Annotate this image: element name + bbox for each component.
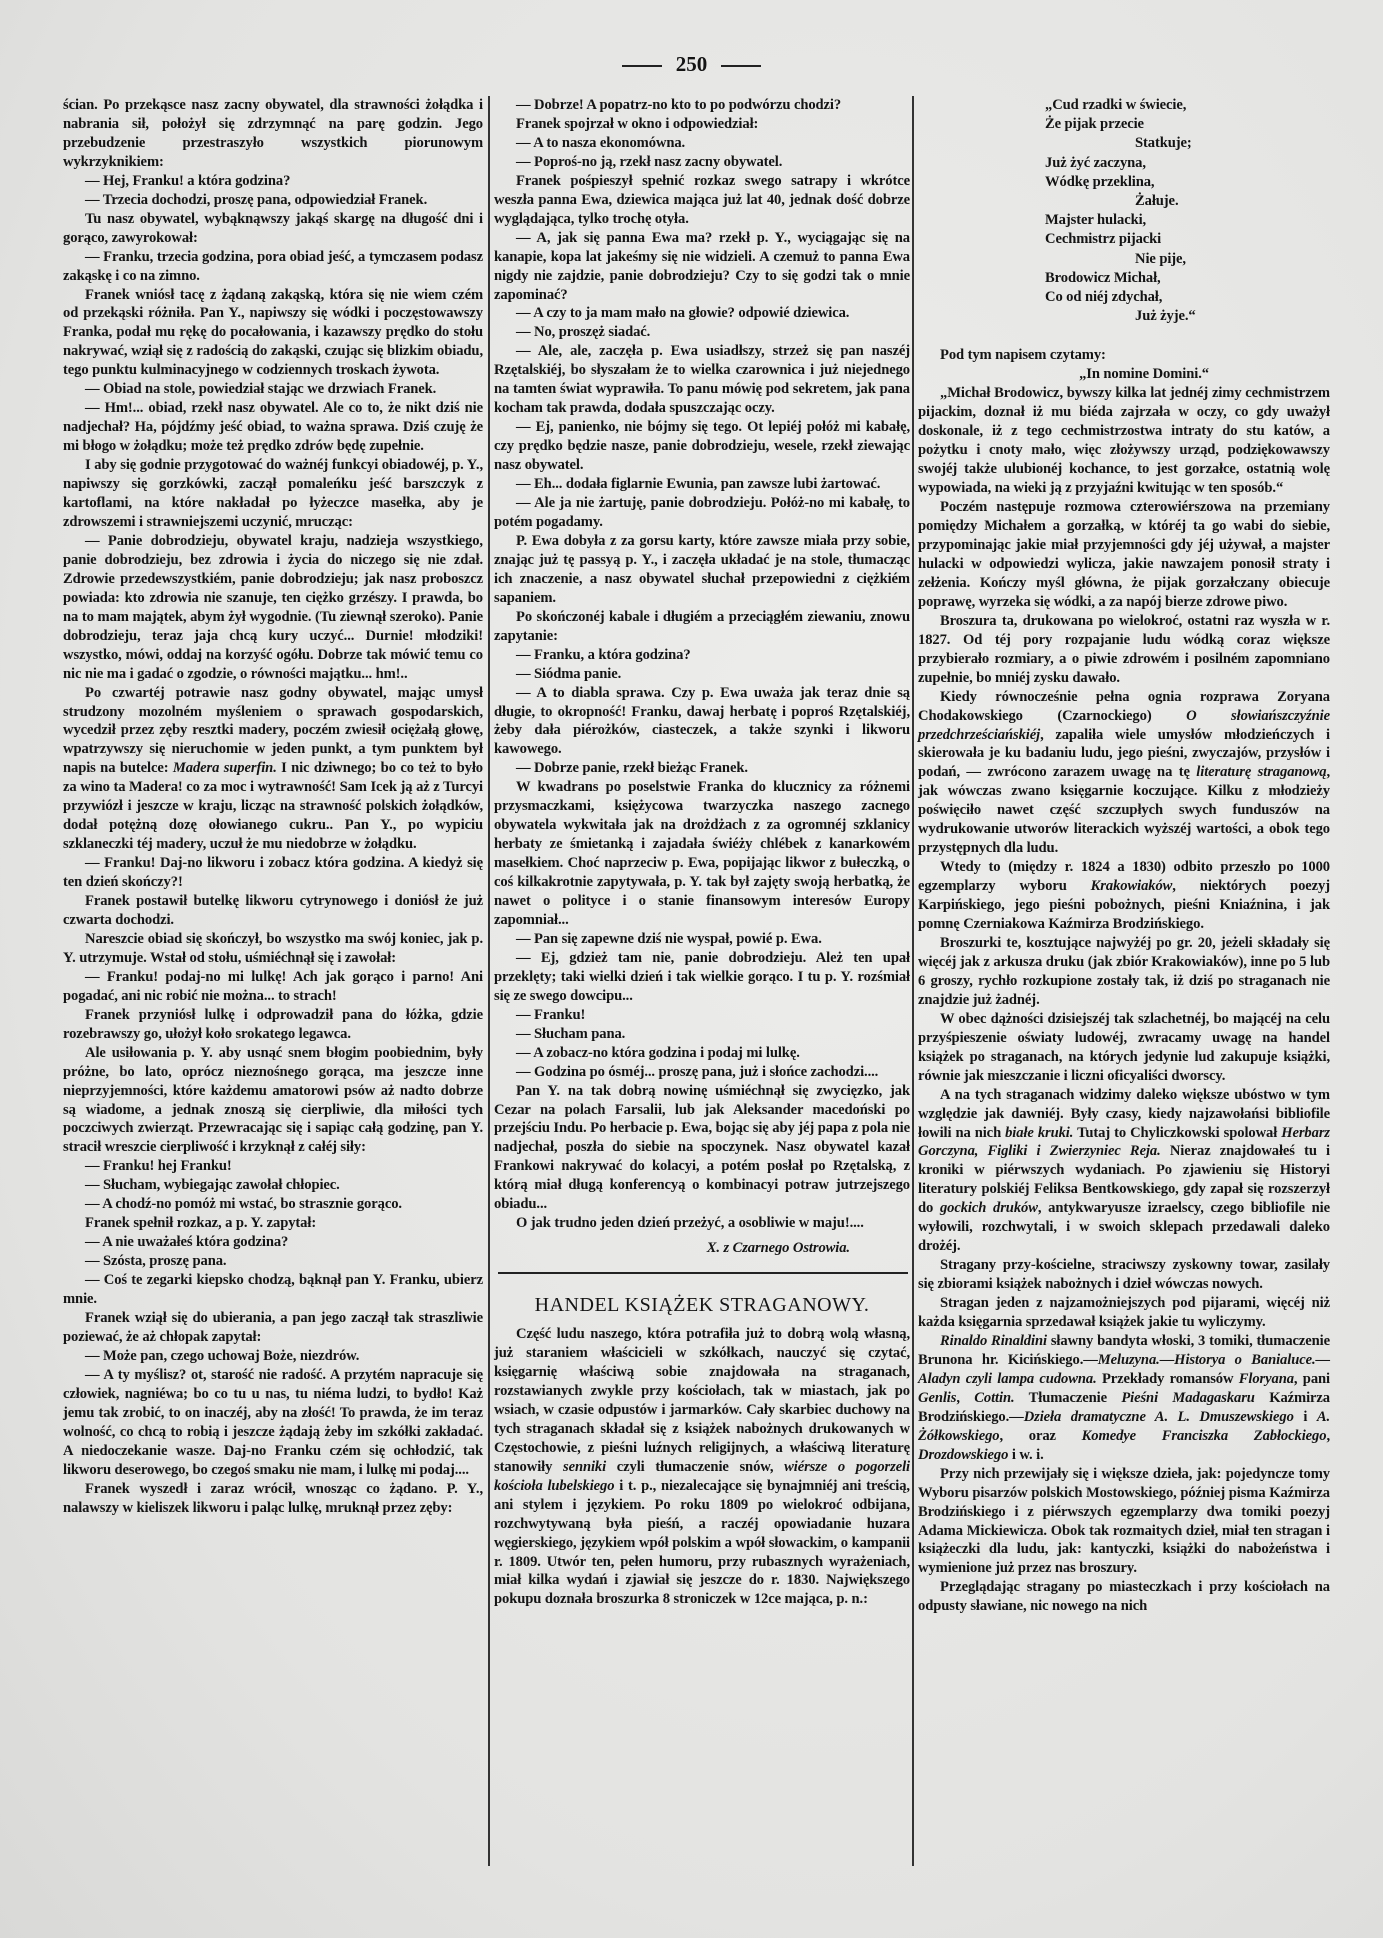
paragraph: Pan Y. na tak dobrą nowinę uśmiéchnął si… (494, 1082, 910, 1215)
paragraph: Ale usiłowania p. Y. aby usnąć snem błog… (63, 1044, 483, 1158)
paragraph: Stragan jeden z najzamożniejszych pod pi… (918, 1294, 1330, 1332)
paragraph: Tu nasz obywatel, wybąknąwszy jakąś skar… (63, 210, 483, 248)
column-divider-1 (488, 96, 490, 1866)
dialogue-line: — Ej, panienko, nie bójmy się tego. Ot l… (494, 418, 910, 475)
paragraph: Broszurki te, kosztujące najwyżéj po gr.… (918, 934, 1330, 1010)
dialogue-line: — Dobrze panie, rzekł bieżąc Franek. (494, 759, 910, 778)
paragraph: Franek wyszedł i zaraz wrócił, wnosząc c… (63, 1480, 483, 1518)
author-signature: X. z Czarnego Ostrowia. (494, 1239, 910, 1258)
poem-quote: „Cud rzadki w świecie,Że pijak przecieSt… (1045, 96, 1330, 326)
paragraph: P. Ewa dobyła z za gorsu karty, które za… (494, 532, 910, 608)
dialogue-line: — A zobacz-no która godzina i podaj mi l… (494, 1044, 910, 1063)
dialogue-line: — No, proszęż siadać. (494, 323, 910, 342)
page-number: 250 (0, 52, 1383, 77)
dialogue-line: — Panie dobrodzieju, obywatel kraju, nad… (63, 532, 483, 684)
paragraph: Po skończonéj kabale i długiém a przecią… (494, 608, 910, 646)
dialogue-line: — Franku, a która godzina? (494, 646, 910, 665)
dialogue-line: — Siódma panie. (494, 665, 910, 684)
poem-line: „Cud rzadki w świecie, (1045, 96, 1330, 115)
poem-line: Już żyć zaczyna, (1045, 154, 1330, 173)
paragraph: I aby się godnie przygotować do ważnéj f… (63, 456, 483, 532)
paragraph: Kiedy równocześnie pełna ognia rozprawa … (918, 688, 1330, 859)
dialogue-line: — Słucham pana. (494, 1025, 910, 1044)
poem-line: Wódkę przeklina, (1045, 173, 1330, 192)
dialogue-line: — Pan się zapewne dziś nie wyspał, powié… (494, 930, 910, 949)
paragraph: Franek wziął się do ubierania, a pan jeg… (63, 1309, 483, 1347)
dialogue-line: — Franku, trzecia godzina, pora obiad je… (63, 248, 483, 286)
story-continuation: ścian. Po przekąsce nasz zacny obywatel,… (63, 96, 483, 1517)
poem-line: Żałuje. (1045, 192, 1330, 211)
dialogue-line: — A to diabla sprawa. Czy p. Ewa uważa j… (494, 684, 910, 760)
dialogue-line: — Dobrze! A popatrz-no kto to po podwórz… (494, 96, 910, 115)
paragraph: Franek spełnił rozkaz, a p. Y. zapytał: (63, 1214, 483, 1233)
newspaper-page: 250 ścian. Po przekąsce nasz zacny obywa… (0, 0, 1383, 1938)
dialogue-line: — Hm!... obiad, rzekł nasz obywatel. Ale… (63, 399, 483, 456)
paragraph: Franek wniósł tacę z żądaną zakąską, któ… (63, 286, 483, 381)
dialogue-line: — Godzina po ósméj... proszę pana, już i… (494, 1063, 910, 1082)
dialogue-line: — Franku! podaj-no mi lulkę! Ach jak gor… (63, 968, 483, 1006)
in-nomine-line: „In nomine Domini.“ (918, 365, 1330, 384)
dialogue-line: — Franku! (494, 1006, 910, 1025)
paragraph: Część ludu naszego, która potrafiła już … (494, 1325, 910, 1609)
column-divider-2 (912, 96, 914, 1866)
paragraph: Przeglądając stragany po miasteczkach i … (918, 1578, 1330, 1616)
paragraph: O jak trudno jeden dzień przeżyć, a osob… (494, 1214, 910, 1233)
dialogue-line: — A, jak się panna Ewa ma? rzekł p. Y., … (494, 229, 910, 305)
paragraph: „Michał Brodowicz, bywszy kilka lat jedn… (918, 384, 1330, 498)
paragraph: Rinaldo Rinaldini sławny bandyta włoski,… (918, 1332, 1330, 1465)
article-continuation: „Michał Brodowicz, bywszy kilka lat jedn… (918, 384, 1330, 1616)
dialogue-line: — Ej, gdzież tam nie, panie dobrodzieju.… (494, 949, 910, 1006)
story-ending: — Dobrze! A popatrz-no kto to po podwórz… (494, 96, 910, 1233)
paragraph: Poczém następuje rozmowa czterowiérszowa… (918, 498, 1330, 612)
paragraph: Franek pośpieszył spełnić rozkaz swego s… (494, 172, 910, 229)
dialogue-line: — A czy to ja mam mało na głowie? odpowi… (494, 304, 910, 323)
article-body: Część ludu naszego, która potrafiła już … (494, 1325, 910, 1609)
paragraph: Po czwartéj potrawie nasz godny obywatel… (63, 684, 483, 855)
poem-line: Brodowicz Michał, (1045, 269, 1330, 288)
column-left: ścian. Po przekąsce nasz zacny obywatel,… (63, 96, 483, 1517)
section-rule (498, 1272, 908, 1274)
dialogue-line: — A nie uważałeś która godzina? (63, 1233, 483, 1252)
paragraph: Wtedy to (między r. 1824 a 1830) odbito … (918, 858, 1330, 934)
poem-line: Statkuje; (1045, 134, 1330, 153)
dash-right (721, 65, 761, 67)
poem-line: Że pijak przecie (1045, 115, 1330, 134)
paragraph: ścian. Po przekąsce nasz zacny obywatel,… (63, 96, 483, 172)
column-right: „Cud rzadki w świecie,Że pijak przecieSt… (918, 96, 1330, 1616)
paragraph: A na tych straganach widzimy daleko więk… (918, 1086, 1330, 1257)
dash-left (622, 65, 662, 67)
paragraph: Przy nich przewijały się i większe dzieł… (918, 1465, 1330, 1579)
paragraph: W kwadrans po poselstwie Franka do klucz… (494, 778, 910, 930)
dialogue-line: — Ale ja nie żartuję, panie dobrodzieju.… (494, 494, 910, 532)
dialogue-line: — Obiad na stole, powiedział stając we d… (63, 380, 483, 399)
poem-line: Co od niéj zdychał, (1045, 288, 1330, 307)
paragraph: Franek spojrzał w okno i odpowiedział: (494, 115, 910, 134)
dialogue-line: — Trzecia dochodzi, proszę pana, odpowie… (63, 191, 483, 210)
paragraph: Franek przyniósł lulkę i odprowadził pan… (63, 1006, 483, 1044)
dialogue-line: — A ty myślisz? ot, starość nie radość. … (63, 1366, 483, 1480)
dialogue-line: — A to nasza ekonomówna. (494, 134, 910, 153)
dialogue-line: — Coś te zegarki kiepsko chodzą, bąknął … (63, 1271, 483, 1309)
dialogue-line: — Franku! Daj-no likworu i zobacz która … (63, 854, 483, 892)
poem-line: Nie pije, (1045, 250, 1330, 269)
dialogue-line: — Szósta, proszę pana. (63, 1252, 483, 1271)
dialogue-line: — Ale, ale, zaczęła p. Ewa usiadłszy, st… (494, 342, 910, 418)
dialogue-line: — A chodź-no pomóż mi wstać, bo straszni… (63, 1195, 483, 1214)
paragraph: W obec dążności dzisiejszéj tak szlachet… (918, 1010, 1330, 1086)
paragraph: Nareszcie obiad się skończył, bo wszystk… (63, 930, 483, 968)
dialogue-line: — Eh... dodała figlarnie Ewunia, pan zaw… (494, 475, 910, 494)
article-heading: HANDEL KSIĄŻEK STRAGANOWY. (494, 1296, 910, 1315)
dialogue-line: — Poproś-no ją, rzekł nasz zacny obywate… (494, 153, 910, 172)
poem-caption: Pod tym napisem czytamy: (918, 346, 1330, 365)
poem-line: Majster hulacki, (1045, 211, 1330, 230)
poem-line: Już żyje.“ (1045, 307, 1330, 326)
page-number-text: 250 (676, 52, 708, 76)
paragraph: Broszura ta, drukowana po wielokroć, ost… (918, 612, 1330, 688)
paragraph: Stragany przy-kościelne, straciwszy zysk… (918, 1256, 1330, 1294)
column-middle: — Dobrze! A popatrz-no kto to po podwórz… (494, 96, 910, 1609)
paragraph: Franek postawił butelkę likworu cytrynow… (63, 892, 483, 930)
dialogue-line: — Może pan, czego uchowaj Boże, niezdrów… (63, 1347, 483, 1366)
dialogue-line: — Słucham, wybiegając zawołał chłopiec. (63, 1176, 483, 1195)
dialogue-line: — Hej, Franku! a która godzina? (63, 172, 483, 191)
dialogue-line: — Franku! hej Franku! (63, 1157, 483, 1176)
poem-line: Cechmistrz pijacki (1045, 230, 1330, 249)
